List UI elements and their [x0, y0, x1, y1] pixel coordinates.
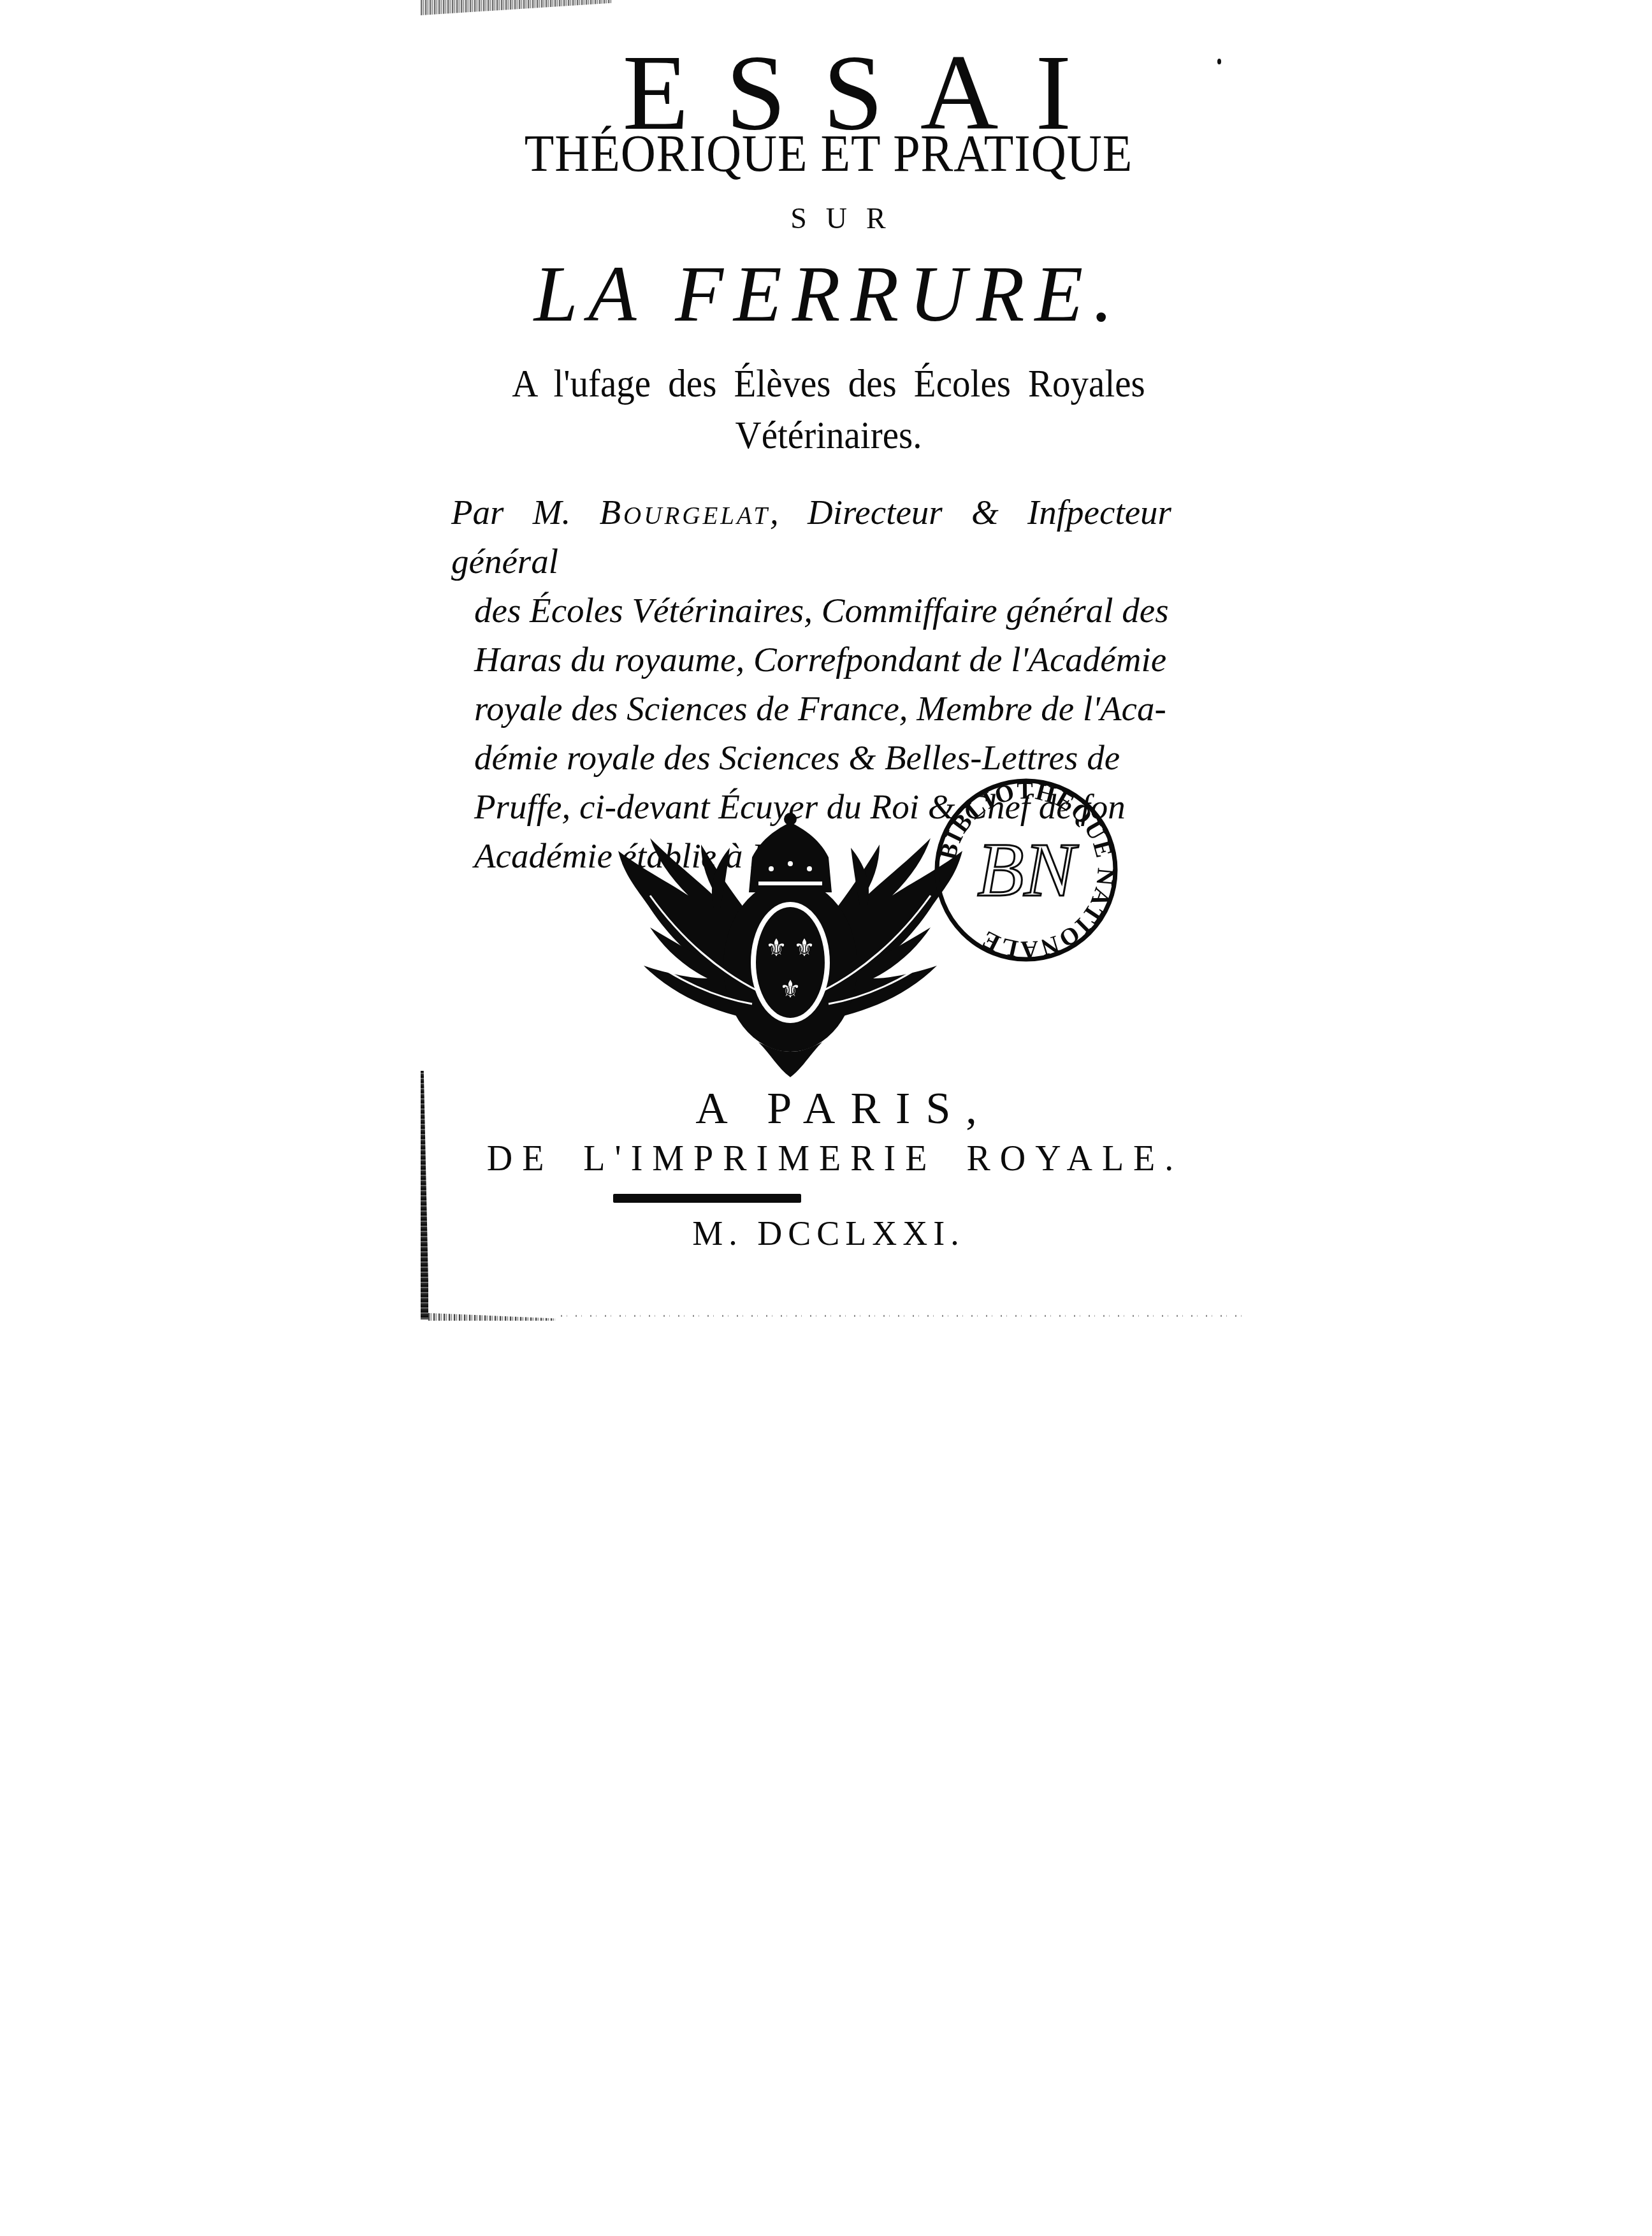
ink-speck: [1217, 59, 1221, 64]
imprint-place: A PARIS,: [408, 1087, 1264, 1131]
connector-word: SUR: [408, 204, 1268, 233]
scan-edge-bottom-dots: [561, 1315, 1243, 1317]
imprint-date: M. DCCLXXI.: [408, 1216, 1249, 1251]
audience-line-2: Vétérinaires.: [442, 410, 1215, 461]
stamp-monogram: BN: [977, 827, 1078, 912]
subject-title: LA FERRURE.: [408, 255, 1249, 334]
svg-text:⚜: ⚜: [779, 975, 801, 1003]
author-name: Bourgelat: [600, 493, 771, 532]
scan-edge-top: [421, 0, 612, 15]
divider-rule: [613, 1194, 801, 1203]
author-line-4: royale des Sciences de France, Membre de…: [451, 684, 1171, 733]
title-page: ESSAI THÉORIQUE ET PRATIQUE SUR LA FERRU…: [0, 0, 1652, 2236]
author-line-1: Par M. Bourgelat, Directeur & Infpecteur…: [451, 488, 1171, 586]
svg-text:⚜: ⚜: [765, 934, 787, 962]
library-stamp-icon: BIBLIOTHEQUE NATIONALE BN: [931, 774, 1122, 966]
audience-line-1: A l'ufage des Élèves des Écoles Royales: [442, 358, 1215, 410]
author-prefix: Par M.: [451, 493, 600, 532]
author-line-2: des Écoles Vétérinaires, Commiffaire gén…: [451, 586, 1171, 635]
royal-arms-vignette-icon: ⚜ ⚜ ⚜: [612, 813, 969, 1080]
audience-line: A l'ufage des Élèves des Écoles Royales …: [442, 358, 1215, 461]
svg-text:⚜: ⚜: [793, 934, 815, 962]
author-line-3: Haras du royaume, Correfpondant de l'Aca…: [451, 635, 1171, 684]
imprint-printer: DE L'IMPRIMERIE ROYALE.: [421, 1141, 1249, 1177]
subtitle: THÉORIQUE ET PRATIQUE: [437, 127, 1220, 180]
scan-edge-bottom: [428, 1313, 556, 1321]
